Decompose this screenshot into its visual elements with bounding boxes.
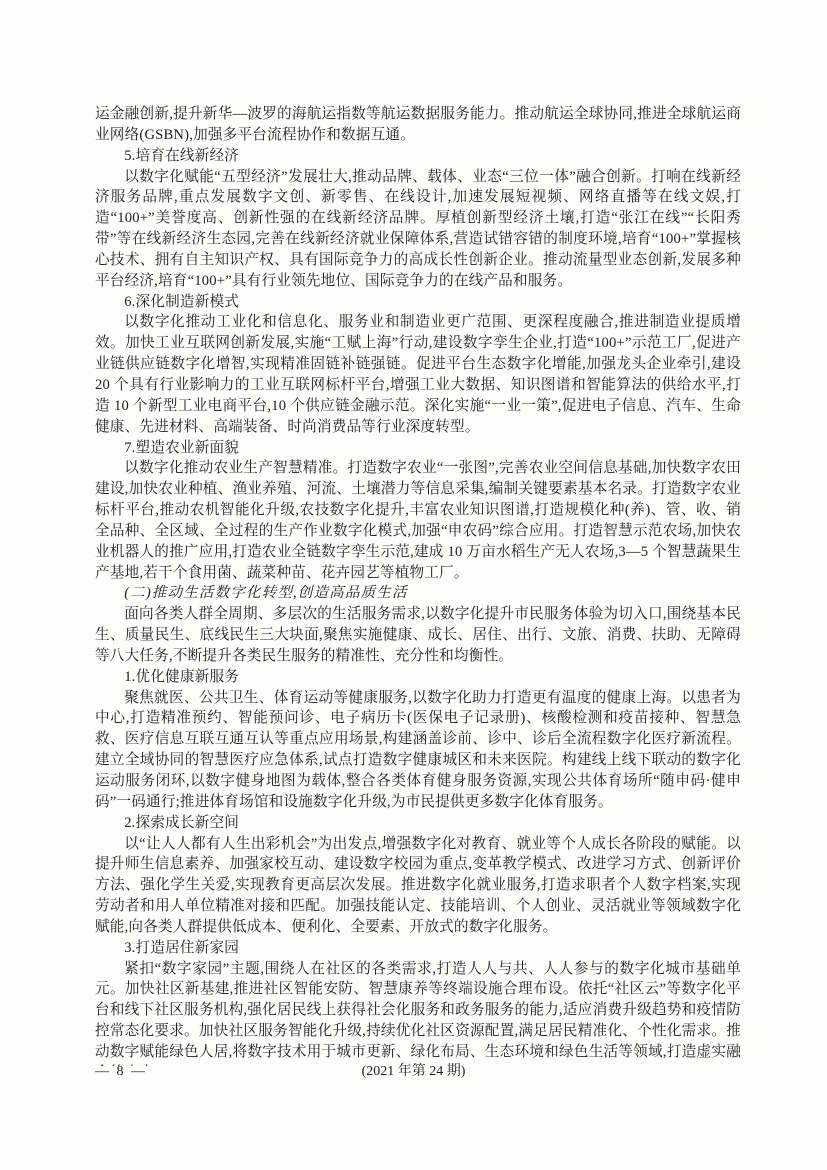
body-paragraph: 运金融创新,提升新华—波罗的海航运指数等航运数据服务能力。推动航运全球协同,推进… [95, 104, 741, 146]
body-paragraph: 以“让人人都有人生出彩机会”为出发点,增强数字化对教育、就业等个人成长各阶段的赋… [95, 834, 741, 938]
footer-issue-number: (2021 年第 24 期) [0, 1062, 827, 1082]
body-paragraph: 面向各类人群全周期、多层次的生活服务需求,以数字化提升市民服务体验为切入口,围绕… [95, 604, 741, 667]
document-page: 运金融创新,提升新华—波罗的海航运指数等航运数据服务能力。推动航运全球协同,推进… [0, 0, 827, 1170]
body-paragraph: 以数字化推动农业生产智慧精准。打造数字农业“一张图”,完善农业空间信息基础,加快… [95, 458, 741, 583]
body-paragraph: 以数字化赋能“五型经济”发展壮大,推动品牌、载体、业态“三位一体”融合创新。打响… [95, 167, 741, 292]
body-paragraph: 以数字化推动工业化和信息化、服务业和制造业更广范围、更深程度融合,推进制造业提质… [95, 312, 741, 437]
body-paragraph: 聚焦就医、公共卫生、体育运动等健康服务,以数字化助力打造更有温度的健康上海。以患… [95, 688, 741, 813]
item-heading: 1.优化健康新服务 [95, 667, 741, 688]
section-heading: (二)推动生活数字化转型,创造高品质生活 [95, 583, 741, 604]
body-paragraph: 紧扣“数字家园”主题,围绕人在社区的各类需求,打造人人与共、人人参与的数字化城市… [95, 959, 741, 1066]
item-heading: 5.培育在线新经济 [95, 146, 741, 167]
item-heading: 7.塑造农业新面貌 [95, 438, 741, 459]
item-heading: 2.探索成长新空间 [95, 813, 741, 834]
document-text-body: 运金融创新,提升新华—波罗的海航运指数等航运数据服务能力。推动航运全球协同,推进… [95, 104, 741, 1066]
page-footer: — 8 — (2021 年第 24 期) [0, 1062, 827, 1086]
item-heading: 6.深化制造新模式 [95, 292, 741, 313]
item-heading: 3.打造居住新家园 [95, 938, 741, 959]
